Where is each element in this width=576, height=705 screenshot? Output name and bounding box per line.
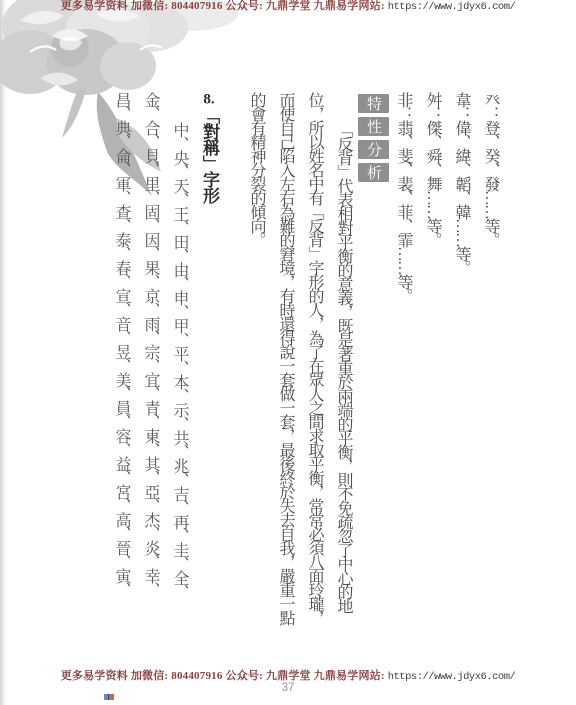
character-list-column: 昌、典、侖、軍、查、泰、春、宣、音、昱、美、員、容、益、宮、高、晉、寅、 (107, 92, 136, 667)
radical-line-bo: 癶：登、癸、發……等。 (476, 92, 505, 667)
badge-char: 性 (358, 117, 389, 136)
main-vertical-text: 癶：登、癸、發……等。 韋：偉、緯、韜、韓……等。 舛：傑、舜、舞……等。 非：… (93, 92, 505, 667)
character-list-column: 金、合、貝、里、固、因、果、京、雨、宗、宜、青、東、其、亞、杰、炎、幸、 (136, 92, 165, 667)
footer-info-line: 更多易学资料 加微信: 804407916 公众号: 九鼎学堂 九鼎易学网站: … (0, 667, 576, 683)
paragraph-column: 「反背」代表相對平衡的意義，既是著重於兩端的平衡，則不免疏忽了中心的地 (329, 92, 358, 667)
badge-char: 分 (358, 140, 389, 159)
trait-analysis-badge: 特性分析 (358, 92, 389, 667)
radical-line-chuan: 舛：傑、舜、舞……等。 (418, 92, 447, 667)
paragraph-column: 的會有精神分裂的傾向。 (242, 92, 271, 667)
header-website-url: https://www.jdyx6.com/ (388, 1, 516, 13)
character-list-column: 中、央、天、王、田、由、申、甲、平、本、示、共、兆、吉、再、圭、全、 (165, 92, 194, 667)
watermark-speck (104, 694, 114, 700)
badge-char: 特 (358, 94, 389, 113)
scanned-book-page: 更多易学资料 加微信: 804407916 公众号: 九鼎学堂 九鼎易学网站: … (0, 0, 576, 705)
page-number: 37 (0, 682, 576, 694)
section-title: 「對稱」字形 (200, 107, 219, 203)
header-info-text: 更多易学资料 加微信: 804407916 公众号: 九鼎学堂 九鼎易学网站: (61, 0, 388, 12)
paragraph-column: 而使自己陷入左右為難的窘境，有時還得說一套做一套，最後終於失去自我，嚴重一點 (271, 92, 300, 667)
footer-info-text: 更多易学资料 加微信: 804407916 公众号: 九鼎学堂 九鼎易学网站: (61, 670, 388, 682)
header-info-line: 更多易学资料 加微信: 804407916 公众号: 九鼎学堂 九鼎易学网站: … (0, 0, 576, 13)
radical-line-fei: 非：翡、斐、裴、菲、霏……等。 (389, 92, 418, 667)
paragraph-column: 位，所以姓名中有「反背」字形的人，為了在眾人之間求取平衡，常常必須八面玲瓏， (300, 92, 329, 667)
section-header-symmetry: 8.「對稱」字形 (194, 92, 224, 667)
section-number: 8. (201, 92, 217, 107)
badge-char: 析 (358, 163, 389, 182)
radical-line-wei: 韋：偉、緯、韜、韓……等。 (447, 92, 476, 667)
